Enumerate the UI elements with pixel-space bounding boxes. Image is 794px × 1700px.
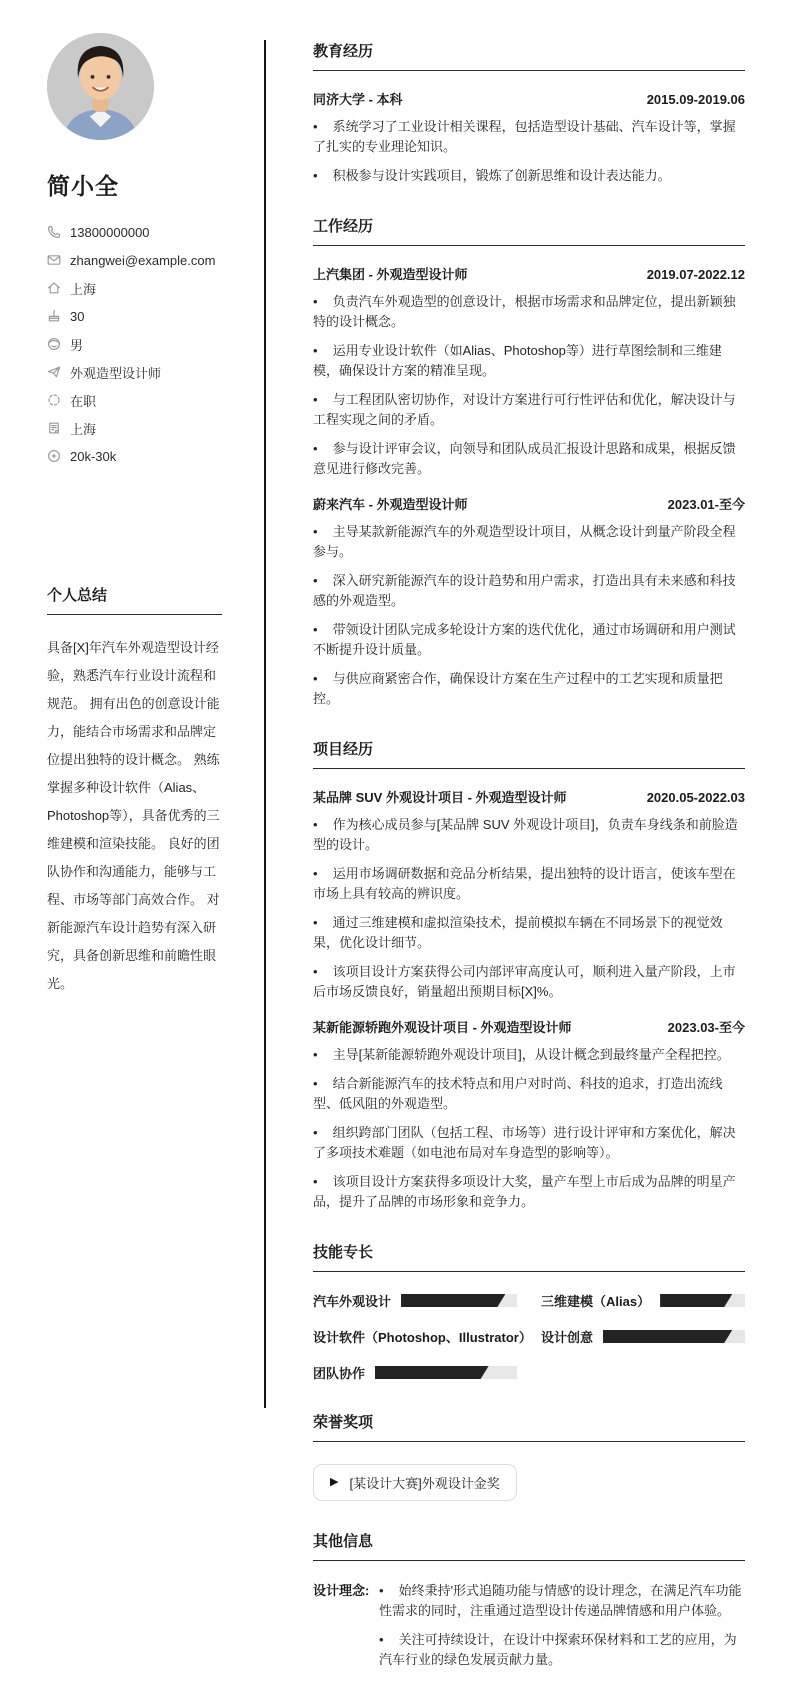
entry-header: 蔚来汽车 - 外观造型设计师 2023.01-至今 — [313, 494, 745, 513]
bullet-item: 运用专业设计软件（如Alias、Photoshop等）进行草图绘制和三维建模，确… — [313, 341, 745, 381]
other-title: 其他信息 — [313, 1530, 745, 1561]
bullet-item: 与供应商紧密合作，确保设计方案在生产过程中的工艺实现和质量把控。 — [313, 669, 745, 709]
bullet-item: 组织跨部门团队（包括工程、市场等）进行设计评审和方案优化，解决了多项技术难题（如… — [313, 1123, 745, 1163]
phone-icon — [47, 225, 61, 239]
entry-header: 某新能源轿跑外观设计项目 - 外观造型设计师 2023.03-至今 — [313, 1017, 745, 1036]
avatar — [47, 33, 154, 140]
skill-label: 设计软件（Photoshop、Illustrator） — [313, 1327, 532, 1346]
award-badge: ▶ [某设计大赛]外观设计金奖 — [313, 1464, 517, 1501]
work-title: 工作经历 — [313, 215, 745, 246]
bullet-item: 与工程团队密切协作，对设计方案进行可行性评估和优化，解决设计与工程实现之间的矛盾… — [313, 390, 745, 430]
contact-phone-value: 13800000000 — [70, 225, 150, 240]
contact-city: 上海 — [47, 274, 222, 302]
skill-bar-track — [401, 1294, 517, 1307]
contact-salary-value: 20k-30k — [70, 449, 116, 464]
home-icon — [47, 281, 61, 295]
contact-salary: 20k-30k — [47, 442, 222, 470]
bullet-item: 结合新能源汽车的技术特点和用户对时尚、科技的追求，打造出流线型、低风阻的外观造型… — [313, 1074, 745, 1114]
contact-job-title: 外观造型设计师 — [47, 358, 222, 386]
education-title: 教育经历 — [313, 40, 745, 71]
bullet-item: 深入研究新能源汽车的设计趋势和用户需求，打造出具有未来感和科技感的外观造型。 — [313, 571, 745, 611]
bullet-item: 参与设计评审会议，向领导和团队成员汇报设计思路和成果，根据反馈意见进行修改完善。 — [313, 439, 745, 479]
contact-city-value: 上海 — [70, 279, 96, 298]
contact-email-value: zhangwei@example.com — [70, 253, 215, 268]
building-icon — [47, 421, 61, 435]
bullet-item: 带领设计团队完成多轮设计方案的迭代优化，通过市场调研和用户测试不断提升设计质量。 — [313, 620, 745, 660]
contact-age: 30 — [47, 302, 222, 330]
contact-status: 在职 — [47, 386, 222, 414]
play-icon: ▶ — [330, 1477, 338, 1488]
entry-date: 2020.05-2022.03 — [647, 790, 745, 805]
section-skills: 技能专长 汽车外观设计 三维建模（Alias） 设计软件（Photoshop、I… — [313, 1241, 745, 1382]
section-work: 工作经历 上汽集团 - 外观造型设计师 2019.07-2022.12 负责汽车… — [313, 215, 745, 709]
bullet-item: 负责汽车外观造型的创意设计，根据市场需求和品牌定位，提出新颖独特的设计概念。 — [313, 292, 745, 332]
bullet-item: 通过三维建模和虚拟渲染技术，提前模拟车辆在不同场景下的视觉效果，优化设计细节。 — [313, 913, 745, 953]
skill-item: 设计创意 — [541, 1327, 745, 1346]
skill-label: 汽车外观设计 — [313, 1291, 391, 1310]
bullet-item: 主导某款新能源汽车的外观造型设计项目，从概念设计到量产阶段全程参与。 — [313, 522, 745, 562]
skill-item: 设计软件（Photoshop、Illustrator） — [313, 1327, 517, 1346]
section-projects: 项目经历 某品牌 SUV 外观设计项目 - 外观造型设计师 2020.05-20… — [313, 738, 745, 1212]
skill-bar-fill — [603, 1330, 732, 1343]
skill-bar-track — [375, 1366, 517, 1379]
gender-icon — [47, 337, 61, 351]
summary-text: 具备[X]年汽车外观造型设计经验，熟悉汽车行业设计流程和规范。 拥有出色的创意设… — [47, 634, 222, 998]
skill-label: 设计创意 — [541, 1327, 593, 1346]
skill-bar-fill — [375, 1366, 489, 1379]
skill-bar-track — [603, 1330, 745, 1343]
cake-icon — [47, 309, 61, 323]
skill-bar-fill — [660, 1294, 732, 1307]
bullet-item: 该项目设计方案获得公司内部评审高度认可，顺利进入量产阶段，上市后市场反馈良好，销… — [313, 962, 745, 1002]
contact-list: 13800000000 zhangwei@example.com 上海 30 — [47, 218, 222, 470]
salary-icon — [47, 449, 61, 463]
entry-date: 2023.01-至今 — [668, 494, 745, 513]
contact-age-value: 30 — [70, 309, 84, 324]
contact-gender: 男 — [47, 330, 222, 358]
skill-item: 三维建模（Alias） — [541, 1291, 745, 1310]
skill-bar-fill — [401, 1294, 505, 1307]
award-label: [某设计大赛]外观设计金奖 — [349, 1473, 499, 1492]
contact-gender-value: 男 — [70, 335, 83, 354]
candidate-name: 简小全 — [47, 168, 222, 201]
mail-icon — [47, 253, 61, 267]
education-entry: 同济大学 - 本科 2015.09-2019.06 系统学习了工业设计相关课程，… — [313, 89, 745, 186]
section-other: 其他信息 设计理念: 始终秉持'形式追随功能与情感'的设计理念，在满足汽车功能性… — [313, 1530, 745, 1670]
project-role: 某新能源轿跑外观设计项目 - 外观造型设计师 — [313, 1017, 572, 1036]
avatar-illustration — [47, 33, 154, 140]
skill-item: 汽车外观设计 — [313, 1291, 517, 1310]
section-education: 教育经历 同济大学 - 本科 2015.09-2019.06 系统学习了工业设计… — [313, 40, 745, 186]
contact-job-title-value: 外观造型设计师 — [70, 363, 161, 382]
paper-plane-icon — [47, 365, 61, 379]
bullet-item: 该项目设计方案获得多项设计大奖，量产车型上市后成为品牌的明星产品，提升了品牌的市… — [313, 1172, 745, 1212]
bullet-item: 运用市场调研数据和竞品分析结果，提出独特的设计语言，使该车型在市场上具有较高的辨… — [313, 864, 745, 904]
section-honors: 荣誉奖项 ▶ [某设计大赛]外观设计金奖 — [313, 1411, 745, 1501]
status-icon — [47, 393, 61, 407]
section-summary: 个人总结 具备[X]年汽车外观造型设计经验，熟悉汽车行业设计流程和规范。 拥有出… — [47, 584, 222, 998]
project-entry: 某新能源轿跑外观设计项目 - 外观造型设计师 2023.03-至今 主导[某新能… — [313, 1017, 745, 1212]
entry-header: 某品牌 SUV 外观设计项目 - 外观造型设计师 2020.05-2022.03 — [313, 787, 745, 806]
column-divider — [264, 40, 266, 1408]
work-entry: 蔚来汽车 - 外观造型设计师 2023.01-至今 主导某款新能源汽车的外观造型… — [313, 494, 745, 709]
skills-title: 技能专长 — [313, 1241, 745, 1272]
sidebar: 简小全 13800000000 zhangwei@example.com 上海 — [47, 0, 222, 1670]
main-content: 教育经历 同济大学 - 本科 2015.09-2019.06 系统学习了工业设计… — [313, 0, 745, 1670]
skill-item: 团队协作 — [313, 1363, 517, 1382]
skill-label: 团队协作 — [313, 1363, 365, 1382]
work-entry: 上汽集团 - 外观造型设计师 2019.07-2022.12 负责汽车外观造型的… — [313, 264, 745, 479]
bullet-item: 作为核心成员参与[某品牌 SUV 外观设计项目]，负责车身线条和前脸造型的设计。 — [313, 815, 745, 855]
contact-work-city: 上海 — [47, 414, 222, 442]
company-role: 上汽集团 - 外观造型设计师 — [313, 264, 468, 283]
bullet-item: 主导[某新能源轿跑外观设计项目]，从设计概念到最终量产全程把控。 — [313, 1045, 745, 1065]
company-role: 蔚来汽车 - 外观造型设计师 — [313, 494, 468, 513]
bullet-item: 积极参与设计实践项目，锻炼了创新思维和设计表达能力。 — [313, 166, 745, 186]
contact-email: zhangwei@example.com — [47, 246, 222, 274]
honors-title: 荣誉奖项 — [313, 1411, 745, 1442]
entry-date: 2015.09-2019.06 — [647, 92, 745, 107]
contact-phone: 13800000000 — [47, 218, 222, 246]
project-role: 某品牌 SUV 外观设计项目 - 外观造型设计师 — [313, 787, 567, 806]
entry-header: 上汽集团 - 外观造型设计师 2019.07-2022.12 — [313, 264, 745, 283]
entry-date: 2019.07-2022.12 — [647, 267, 745, 282]
design-philosophy-label: 设计理念: — [313, 1581, 379, 1670]
entry-header: 同济大学 - 本科 2015.09-2019.06 — [313, 89, 745, 108]
skill-label: 三维建模（Alias） — [541, 1291, 650, 1310]
entry-date: 2023.03-至今 — [668, 1017, 745, 1036]
projects-title: 项目经历 — [313, 738, 745, 769]
contact-work-city-value: 上海 — [70, 419, 96, 438]
school-name: 同济大学 - 本科 — [313, 89, 403, 108]
skills-grid: 汽车外观设计 三维建模（Alias） 设计软件（Photoshop、Illust… — [313, 1291, 745, 1382]
other-content: 始终秉持'形式追随功能与情感'的设计理念，在满足汽车功能性需求的同时，注重通过造… — [379, 1581, 745, 1670]
bullet-item: 始终秉持'形式追随功能与情感'的设计理念，在满足汽车功能性需求的同时，注重通过造… — [379, 1581, 745, 1621]
other-row: 设计理念: 始终秉持'形式追随功能与情感'的设计理念，在满足汽车功能性需求的同时… — [313, 1581, 745, 1670]
contact-status-value: 在职 — [70, 391, 96, 410]
bullet-item: 系统学习了工业设计相关课程，包括造型设计基础、汽车设计等，掌握了扎实的专业理论知… — [313, 117, 745, 157]
bullet-item: 关注可持续设计，在设计中探索环保材料和工艺的应用，为汽车行业的绿色发展贡献力量。 — [379, 1630, 745, 1670]
project-entry: 某品牌 SUV 外观设计项目 - 外观造型设计师 2020.05-2022.03… — [313, 787, 745, 1002]
skill-bar-track — [660, 1294, 745, 1307]
resume-page: 简小全 13800000000 zhangwei@example.com 上海 — [0, 0, 794, 1700]
summary-title: 个人总结 — [47, 584, 222, 615]
